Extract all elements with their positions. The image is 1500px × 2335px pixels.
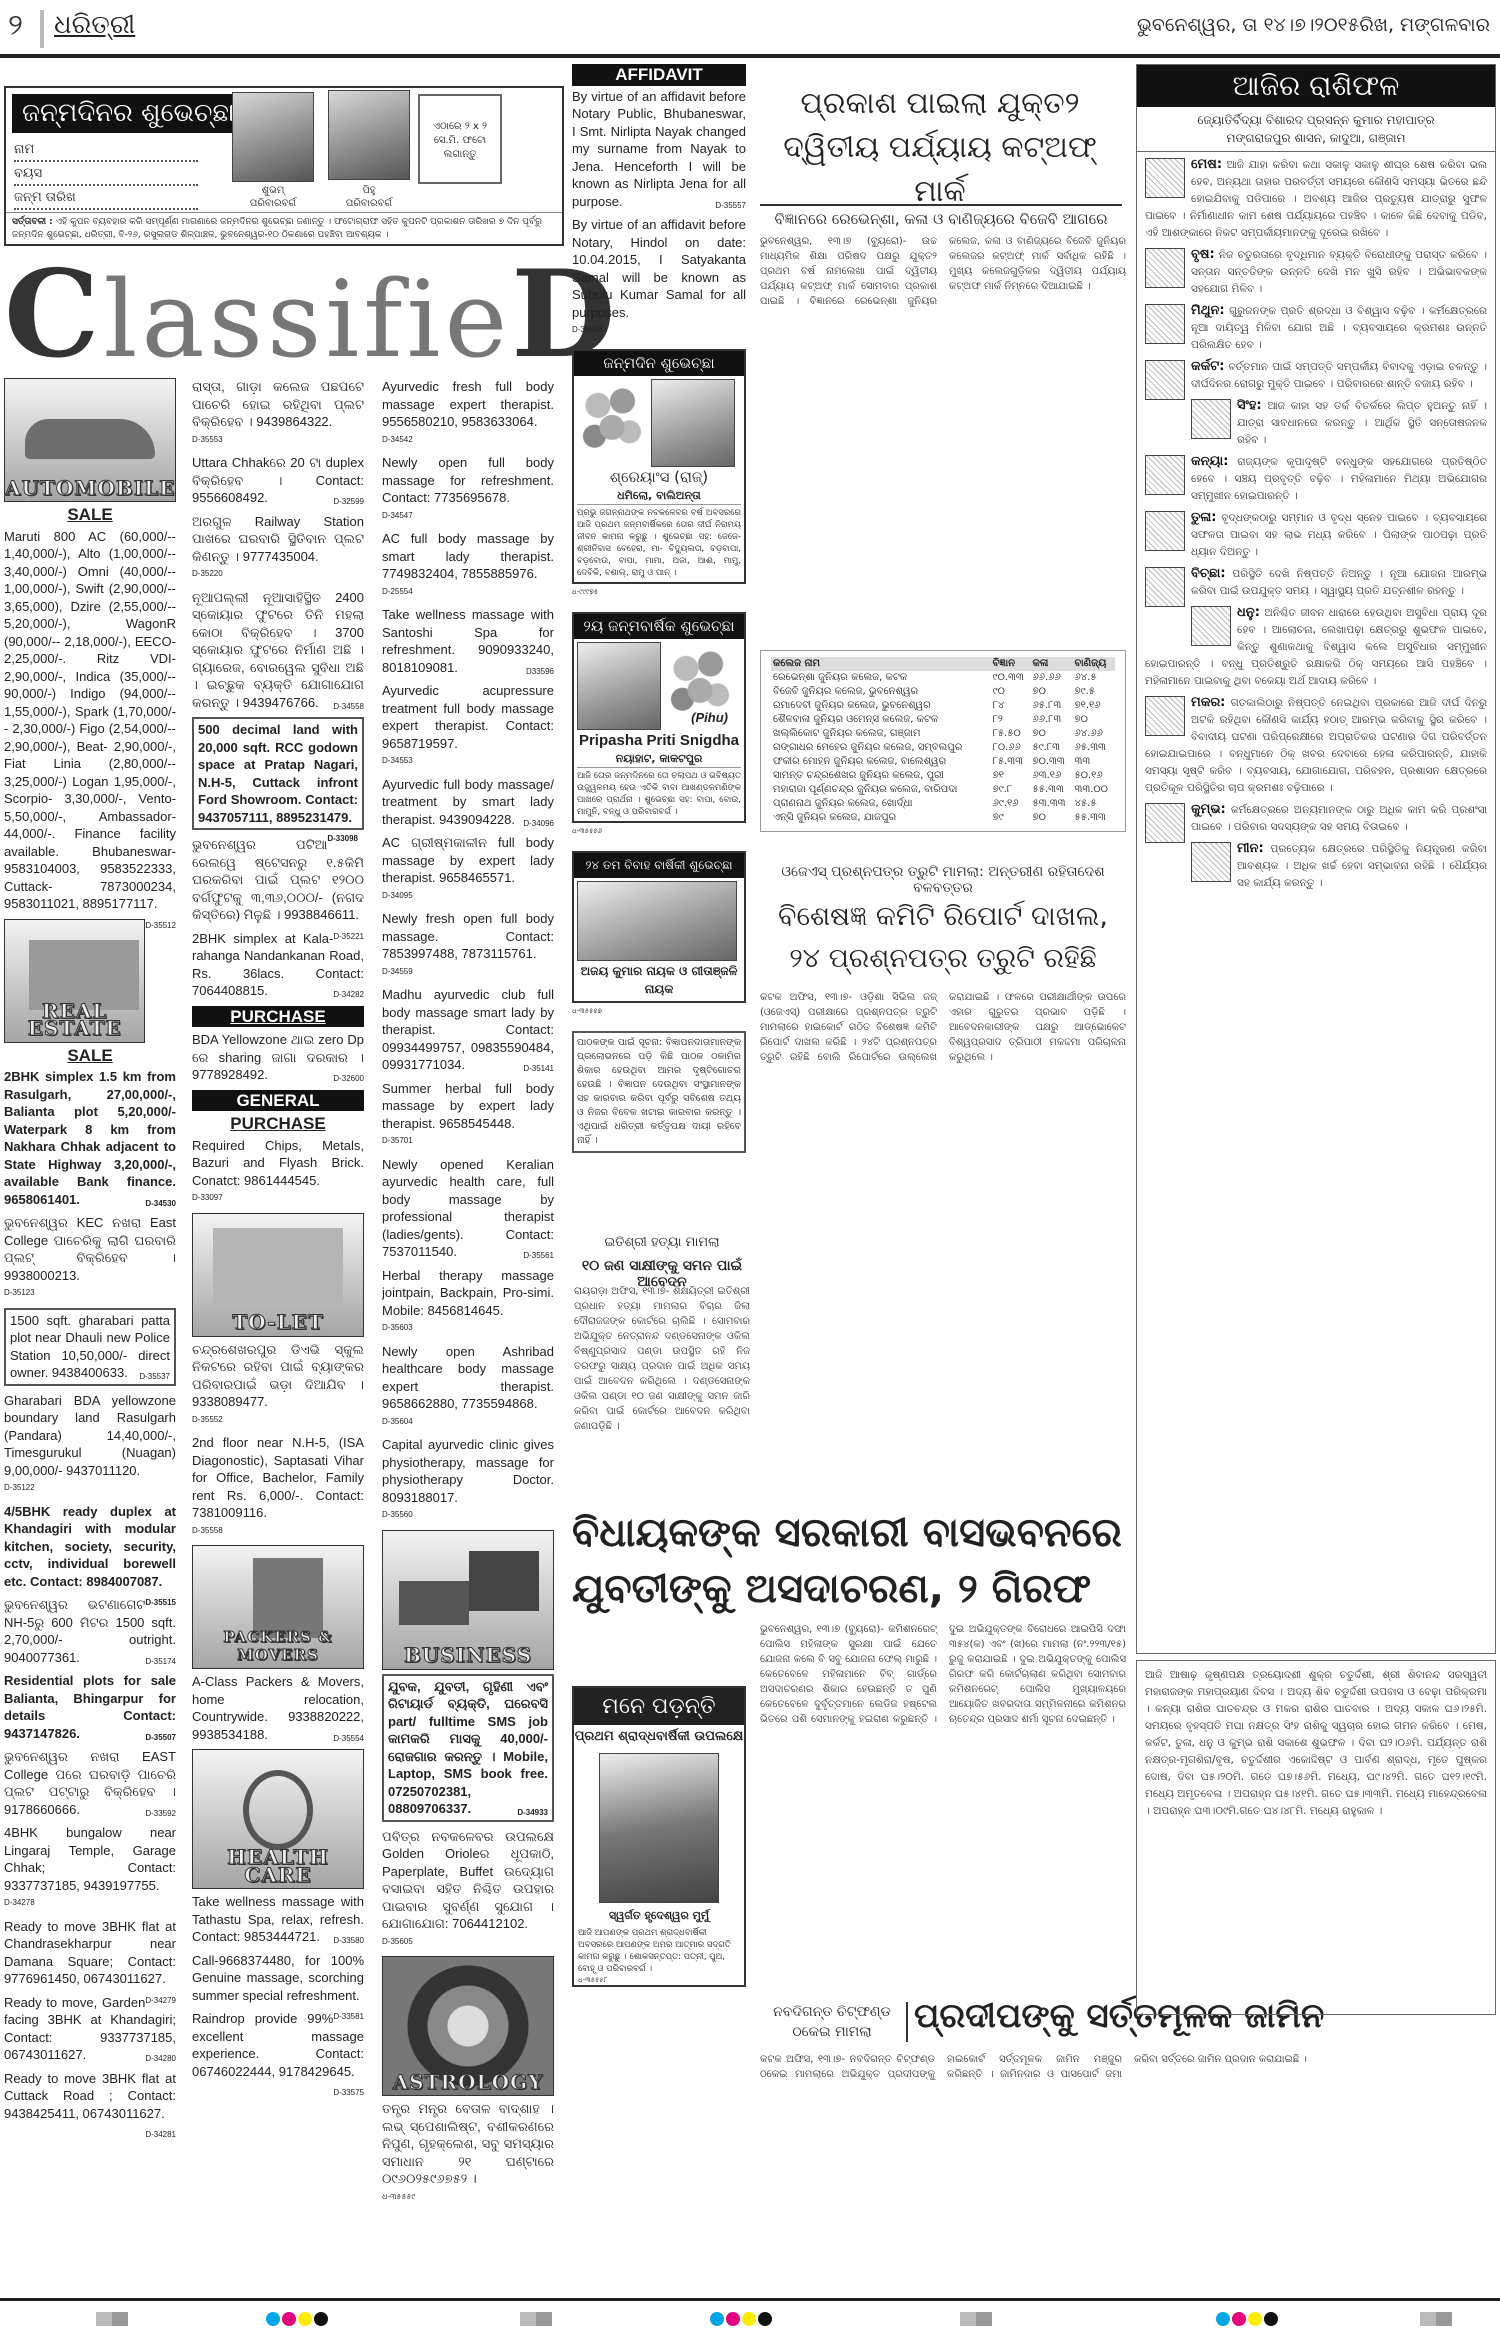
yellow-dot: [742, 2312, 756, 2326]
greeting-title: ୨ୟ ଜନ୍ମବାର୍ଷିକ ଶୁଭେଚ୍ଛା: [574, 614, 744, 640]
classified-ad: Gharabari BDA yellowzone boundary land R…: [4, 1392, 176, 1497]
horoscope-sign: ବୃଷ: ନିଜ ଚତୁରତାରେ ବୃଦ୍ଧିମାନ ବ୍ୟକ୍ତି ବିରୋ…: [1137, 242, 1495, 298]
table-header-row: କଲେଜ ନାମ ବିଜ୍ଞାନ କଳା ବାଣିଜ୍ୟ: [771, 657, 1115, 671]
yellow-dot: [1248, 2312, 1262, 2326]
ad-text: 2nd floor near N.H-5, (ISA Diagonostic),…: [192, 1435, 364, 1520]
classified-ad: Newly open full body massage for refresh…: [382, 454, 554, 524]
sign-name: ବୃଷ:: [1191, 247, 1215, 262]
kid-from-1: ପରିବାରବର୍ଗ: [250, 198, 296, 209]
sign-name: ତୁଳା:: [1191, 510, 1217, 525]
sign-text: ନିଜ ଚତୁରତାରେ ବୃଦ୍ଧିମାନ ବ୍ୟକ୍ତି ବିରୋଧୀଙ୍କ…: [1191, 249, 1487, 295]
sign-text: ବର୍ତ୍ତମାନ ପାଇଁ ସମ୍ପତ୍ତି ସମ୍ପର୍କୀୟ ବିବାଦକ…: [1191, 361, 1487, 390]
scorpio-icon: [1145, 567, 1185, 607]
classified-ad: 1500 sqft. gharabari patta plot near Dha…: [4, 1308, 176, 1386]
coupon-terms: ସର୍ତ୍ତାବଳୀ : ଏହି କୁପନ ବ୍ୟବହାର କରି ସମ୍ପୂର…: [6, 212, 562, 245]
cell: ୫୫.୩୩: [1030, 783, 1072, 797]
cell: ୫୦.୧୬: [1073, 769, 1116, 783]
cell: ୪୫.୫: [1073, 797, 1116, 811]
masthead: ୨ ଧରିତ୍ରୀ ଭୁବନେଶ୍ୱର, ତା ୧୪।୭।୨୦୧୫ରିଖ, ମଙ…: [0, 0, 1500, 56]
gray-registration-mark: [96, 2312, 128, 2326]
cell: ରେଭେନ୍‌ଶା ଜୁନିୟର କଲେଜ, କଟକ: [771, 671, 991, 685]
automobile-label: AUTOMOBILE: [5, 480, 175, 498]
story4-headline: ବିଧାୟକଙ୍କ ସରକାରୀ ବାସଭବନରେ ଯୁବତୀଙ୍କୁ ଅସଦା…: [572, 1505, 1132, 1617]
table-row: ସାମନ୍ତ ଚନ୍ଦ୍ରଶେଖର ଜୁନିୟର କଲେଜ, ପୁରୀ୭୧୬୩.…: [771, 769, 1115, 783]
classified-ad: AC full body massage by smart lady thera…: [382, 530, 554, 600]
aquarius-icon: [1145, 803, 1185, 843]
horoscope-sign: ମକର: ଗତକାଲିଠାରୁ ନିଷ୍ପତ୍ତି ନେଇଥିବା ପ୍ରକାର…: [1137, 690, 1495, 797]
real-estate-label: REAL ESTATE: [5, 1003, 144, 1038]
ad-code: D-35554: [333, 1730, 364, 1748]
table-row: ଖଲ୍ଲିକୋଟ ଜୁନିୟର କଲେଜ, ଗଞ୍ଜାମ୮୫.୫୦୭୦୬୪.୬୬: [771, 727, 1115, 741]
coupon-terms-label: ସର୍ତ୍ତାବଳୀ :: [12, 217, 53, 227]
astrology-label: ASTROLOGY: [383, 2074, 553, 2092]
business-section-image: BUSINESS: [382, 1530, 554, 1670]
birthday-coupon: ଜନ୍ମଦିନର ଶୁଭେଚ୍ଛା ନାମ ବୟସ ଜନ୍ମ ତାରିଖ ଶୁଭ…: [4, 86, 564, 246]
ad-text: ନୂଆପଲ୍ଲୀ ନୂଆସାହିସ୍ଥିତ 2400 ସ୍କୋୟାର ଫୁଟରେ…: [192, 590, 364, 710]
ad-text: AC ଗ୍ରୀଷ୍ମକାଳୀନ full body massage by exp…: [382, 835, 554, 885]
ad-code: D-32599: [333, 493, 364, 511]
libra-icon: [1145, 511, 1185, 551]
classified-banner: ClassifieD: [4, 260, 564, 370]
ad-text: Ayurvedic acupressure treatment full bod…: [382, 683, 554, 751]
classified-ad: Call-9668374480, for 100% Genuine massag…: [192, 1952, 364, 2005]
ad-code: D33596: [526, 663, 554, 681]
ad-code: D-34280: [145, 2050, 176, 2068]
kid-name-2: ପିହୁ: [362, 185, 375, 196]
car-icon: [25, 419, 155, 459]
ad-text: 4BHK bungalow near Lingaraj Temple, Gara…: [4, 1825, 176, 1893]
affidavit-text: By virtue of an affidavit before Notary,…: [572, 217, 746, 320]
sign-name: ସିଂହ:: [1237, 398, 1262, 413]
ad-code: D-35558: [192, 1522, 364, 1540]
affidavit-heading: AFFIDAVIT: [572, 64, 746, 86]
cell: ୭୦: [1030, 685, 1072, 699]
pisces-icon: [1191, 842, 1231, 882]
ad-code: ଧ-୩୫୫୫୬: [572, 823, 746, 841]
ad-text: Newly open full body massage for refresh…: [382, 455, 554, 505]
cyan-dot: [1216, 2312, 1230, 2326]
story5-divider: [906, 2002, 908, 2042]
cell: ୫୯.୮୩: [1030, 741, 1072, 755]
horoscope-sign: ମିଥୁନ: ଗୁରୁଜନଙ୍କ ପ୍ରତି ଶ୍ରଦ୍ଧା ଓ ବିଶ୍ୱାସ…: [1137, 298, 1495, 354]
horoscope-author: ଜ୍ୟୋତିର୍ବିଦ୍ୟା ବିଶାରଦ ପ୍ରସନ୍ନ କୁମାର ମହାପ…: [1137, 107, 1495, 152]
horoscope-sign: କର୍କଟ: ବର୍ତ୍ତମାନ ପାଇଁ ସମ୍ପତ୍ତି ସମ୍ପର୍କୀୟ…: [1137, 354, 1495, 393]
cutoff-table: କଲେଜ ନାମ ବିଜ୍ଞାନ କଳା ବାଣିଜ୍ୟ ରେଭେନ୍‌ଶା ଜ…: [760, 650, 1126, 832]
col-header-arts: କଳା: [1030, 657, 1072, 671]
truck-icon: [253, 1558, 323, 1638]
ad-text: Summer herbal full body massage by exper…: [382, 1081, 554, 1131]
table-row: ଶୈଳବାଳା ଜୁନିୟର ଓମେନ୍ସ କଲେଜ, କଟକ୮୨୬୬.୮୩୭୦: [771, 713, 1115, 727]
coupon-dob-field[interactable]: ଜନ୍ମ ତାରିଖ: [14, 190, 198, 210]
birthday-greeting-2: ୨ୟ ଜନ୍ମବାର୍ଷିକ ଶୁଭେଚ୍ଛା (Pihu) Pripasha …: [572, 612, 746, 824]
classified-ad: 4BHK bungalow near Lingaraj Temple, Gara…: [4, 1824, 176, 1912]
story2-kicker: ଓଜେଏସ୍ ପ୍ରଶ୍ନପତ୍ର ତ୍ରୁଟି ମାମଲା: ଅନ୍ତରୀଣ …: [760, 864, 1126, 896]
classified-ad: Ayurvedic acupressure treatment full bod…: [382, 682, 554, 770]
horoscope-sign: ଧନୁ: ଅନିଶ୍ଚିତ ଜୀବନ ଧାରାରେ ହେଉଥିବା ଅସୁବିଧ…: [1137, 600, 1495, 690]
ad-text: Ayurvedic fresh full body massage expert…: [382, 379, 554, 429]
cmyk-registration-mark: [710, 2312, 772, 2326]
cell: ୬୬.୮୩: [1030, 713, 1072, 727]
greeting-place: ନୟାହାଟ, କାକଟପୁର: [577, 750, 741, 768]
cell: ୫୩.୩୩: [1030, 797, 1072, 811]
ad-code: D-35123: [4, 1284, 176, 1302]
classified-ad: AC ଗ୍ରୀଷ୍ମକାଳୀନ full body massage by exp…: [382, 834, 554, 904]
memorial-subtitle: ପ୍ରଥମ ଶ୍ରାଦ୍ଧବାର୍ଷିକୀ ଉପଲକ୍ଷେ: [574, 1725, 744, 1749]
classified-ad: ତନ୍ତ୍ର ମନ୍ତ୍ର ବେତାଳ ବାଦ୍‌ଶାହ । ଲଭ୍ ସ୍ପେଶ…: [382, 2100, 554, 2205]
cell: ୬୪.୬୬: [1073, 727, 1116, 741]
sign-text: ପ୍ରତ୍ୟେକ କ୍ଷେତ୍ରରେ ପରିସ୍ଥିତିକୁ ନିୟନ୍ତ୍ରଣ…: [1237, 843, 1487, 889]
gray-registration-mark: [960, 2312, 992, 2326]
story2-body: କଟକ ଅଫିସ, ୧୩।୭- ଓଡ଼ିଶା ସିଭିଲ ଜଜ୍ (ଓଜେଏସ୍…: [760, 990, 1126, 1490]
purchase-heading-text: PURCHASE: [230, 1007, 325, 1026]
ad-text: AC full body massage by smart lady thera…: [382, 531, 554, 581]
aries-icon: [1145, 158, 1185, 198]
cell: ୭୦: [1030, 811, 1072, 825]
kid-photo-pihu: [328, 90, 410, 180]
affidavit-notice: By virtue of an affidavit before Notary …: [572, 88, 746, 211]
sign-text: ରାଜ୍ୟଙ୍କ କୃପାଦୃଷ୍ଟି ବନ୍ଧୁଙ୍କ ସହଯୋଗରେ ପ୍ର…: [1191, 456, 1487, 502]
house-icon: [213, 1228, 343, 1304]
sign-name: ମେଷ:: [1191, 157, 1222, 172]
ad-code: D-35220: [192, 565, 364, 583]
ad-code: D-35507: [145, 1729, 176, 1747]
coupon-age-field[interactable]: ବୟସ: [14, 166, 198, 186]
leo-icon: [1191, 399, 1231, 439]
table-row: ରେଭେନ୍‌ଶା ଜୁନିୟର କଲେଜ, କଟକ୯୦.୩୩୬୬.୬୬୬୪.୫: [771, 671, 1115, 685]
ad-text: Newly fresh open full body massage. Cont…: [382, 911, 554, 961]
affidavit-notice: By virtue of an affidavit before Notary,…: [572, 216, 746, 339]
classified-ad: Uttara Chhakରେ 20 ଟା duplex ବିକ୍ରିହେବ । …: [192, 454, 364, 507]
reader-disclaimer: ପାଠକଙ୍କ ପାଇଁ ସୂଚନା: ବିଜ୍ଞାପନଦାତାମାନଙ୍କ ପ…: [572, 1031, 746, 1153]
ad-code: D-34553: [382, 752, 554, 770]
cell: ଏନ୍‌ସି ଜୁନିୟର କଲେଜ, ଯାଜପୁର: [771, 811, 991, 825]
classified-letter-c: C: [4, 244, 104, 385]
cell: ୮୫.୫୦: [991, 727, 1031, 741]
horoscope-box: ଆଜିର ରାଶିଫଳ ଜ୍ୟୋତିର୍ବିଦ୍ୟା ବିଶାରଦ ପ୍ରସନ୍…: [1136, 64, 1496, 1654]
ad-code: D-33097: [192, 1189, 364, 1207]
classified-ad: Ayurvedic fresh full body massage expert…: [382, 378, 554, 448]
ad-code: D-35174: [145, 1653, 176, 1671]
ad-text: Ready to move 3BHK flat at Cuttack Road …: [4, 2071, 176, 2121]
cell: ୭୦: [1030, 727, 1072, 741]
classified-ad: Take wellness massage with Santoshi Spa …: [382, 606, 554, 676]
table-row: ପ୍ରାଣନାଥ ଜୁନିୟର କଲେଜ, ଖୋର୍ଦ୍ଧା୬୯.୧୬୫୩.୩୩…: [771, 797, 1115, 811]
cell: ପ୍ରାଣନାଥ ଜୁନିୟର କଲେଜ, ଖୋର୍ଦ୍ଧା: [771, 797, 991, 811]
real-estate-sale-heading: SALE: [4, 1047, 176, 1065]
ad-code: D-34282: [333, 986, 364, 1004]
memorial-name: ସ୍ୱର୍ଗତ ହୃଦେଶ୍ୱର ମୁର୍ମୁ: [574, 1907, 744, 1925]
virgo-icon: [1145, 455, 1185, 495]
classified-ad: Madhu ayurvedic club full body massage s…: [382, 986, 554, 1074]
ad-text: Call-9668374480, for 100% Genuine massag…: [192, 1953, 364, 2003]
automobile-sale-heading: SALE: [4, 506, 176, 524]
sign-name: ମିଥୁନ:: [1191, 303, 1225, 318]
classified-ad: Required Chips, Metals, Bazuri and Flyas…: [192, 1137, 364, 1207]
ad-code: D-33592: [145, 1805, 176, 1823]
cell: ୮୫.୩୩: [991, 755, 1031, 769]
cell: ଫକୀର ମୋହନ ଜୁନିୟର କଲେଜ, ବାଲେଶ୍ୱର: [771, 755, 991, 769]
story3-body: ରାୟଗଡ଼ା ଅଫିସ, ୧୩।୭- ଶିକ୍ଷୟିତ୍ରୀ ଇତିଶ୍ରୀ …: [574, 1284, 750, 1494]
classified-ad: ଅରଗୁଳ Railway Station ପାଖରେ ଘରବାରି ସ୍ଥିତ…: [192, 513, 364, 583]
magenta-dot: [282, 2312, 296, 2326]
ad-text: Gharabari BDA yellowzone boundary land R…: [4, 1393, 176, 1478]
ad-text: ଭୁବନେଶ୍ୱର KEC ନଖରା East College ପାଚେରିକୁ…: [4, 1215, 176, 1283]
ad-text: 500 decimal land with 20,000 sqft. RCC g…: [198, 722, 358, 825]
ad-code: D-25554: [382, 583, 554, 601]
black-dot: [758, 2312, 772, 2326]
cell: ୬୩.୧୬: [1030, 769, 1072, 783]
ad-code: D-35122: [4, 1479, 176, 1497]
ad-code: D-35537: [139, 1368, 170, 1386]
classified-ad: ନୂଆପଲ୍ଲୀ ନୂଆସାହିସ୍ଥିତ 2400 ସ୍କୋୟାର ଫୁଟରେ…: [192, 589, 364, 712]
ad-code: D-35515: [145, 1594, 176, 1612]
col-header-commerce: ବାଣିଜ୍ୟ: [1073, 657, 1116, 671]
cell: ୭୦.୩୩: [1030, 755, 1072, 769]
ad-code: D-34547: [382, 507, 554, 525]
cell: ୮୦.୬୬: [991, 741, 1031, 755]
sign-name: କନ୍ୟା:: [1191, 454, 1228, 469]
classified-ad: Take wellness massage with Tathastu Spa,…: [192, 1893, 364, 1946]
cell: ୯୦.୩୩: [991, 671, 1031, 685]
classified-ad: ଭୁବନେଶ୍ୱର KEC ନଖରା East College ପାଚେରିକୁ…: [4, 1214, 176, 1302]
memorial-message: ଆଜି ଆପଣଙ୍କ ପ୍ରଥମ ଶ୍ରାଦ୍ଧବାର୍ଷିକୀ ଅବସରରେ …: [574, 1925, 744, 1977]
author-name: ଜ୍ୟୋତିର୍ବିଦ୍ୟା ବିଶାରଦ ପ୍ରସନ୍ନ କୁମାର ମହାପ…: [1197, 113, 1434, 127]
black-dot: [1264, 2312, 1278, 2326]
cell: ୬୫.୮୩: [1030, 699, 1072, 713]
cell: ୭୯.୮: [991, 783, 1031, 797]
sign-name: ଧନୁ:: [1237, 605, 1260, 620]
ad-code: D-35605: [382, 1933, 554, 1951]
story5-kicker: ନବଦିଗନ୍ତ ଚିଟ୍‌ଫଣ୍ଡ ଠକେଇ ମାମଲା: [762, 2002, 902, 2042]
paper-name: ଧରିତ୍ରୀ: [54, 10, 135, 41]
automobile-section-image: AUTOMOBILE: [4, 378, 176, 502]
horoscope-sign: ମୀନ: ପ୍ରତ୍ୟେକ କ୍ଷେତ୍ରରେ ପରିସ୍ଥିତିକୁ ନିୟନ…: [1137, 836, 1495, 892]
cell: ୫୫.୩୩: [1073, 811, 1116, 825]
classified-ad: Herbal therapy massage jointpain, Backpa…: [382, 1267, 554, 1337]
business-label: BUSINESS: [383, 1647, 553, 1665]
ad-code: ଧ-୩୫୫୫୮: [574, 1977, 744, 1985]
classified-ad: 2nd floor near N.H-5, (ISA Diagonostic),…: [192, 1434, 364, 1539]
classified-ad: A-Class Packers & Movers, home relocatio…: [192, 1673, 364, 1743]
table-row: ମହାରାଜା ପୂର୍ଣ୍ଣଚନ୍ଦ୍ର ଜୁନିୟର କଲେଜ, ବାରିପ…: [771, 783, 1115, 797]
kid-name-1: ଶୁଭମ୍: [262, 185, 285, 196]
classified-ad: BDA Yellowzone ଥାଇ zero Dp ରେ sharing ଜା…: [192, 1031, 364, 1084]
horoscope-sign: ବିଚ୍ଛା: ପରିସ୍ଥିତି ଦେଖି ନିଷ୍ପତ୍ତି ନିଅନ୍ତୁ…: [1137, 561, 1495, 600]
cmyk-registration-mark: [266, 2312, 328, 2326]
horoscope-title: ଆଜିର ରାଶିଫଳ: [1137, 65, 1495, 107]
cell: ୭୧.୧୬: [1073, 699, 1116, 713]
classified-ad: Newly fresh open full body massage. Cont…: [382, 910, 554, 980]
cell: ୩୩.୦୦: [1073, 783, 1116, 797]
ad-code: D-35552: [192, 1411, 364, 1429]
stethoscope-icon: [243, 1770, 313, 1850]
ad-code: D-35563: [572, 321, 746, 339]
col-header-science: ବିଜ୍ଞାନ: [991, 657, 1031, 671]
greeting-name: Pripasha Priti Snigdha: [577, 732, 741, 750]
author-place: ମଙ୍ଗରାଜପୁର ଶାସନ, କାଦୁଆ, ଗଞ୍ଜାମ: [1226, 131, 1405, 145]
memorial-title: ମନେ ପଡ଼ନ୍ତି: [574, 1688, 744, 1725]
table-row: ରମାଦେବୀ ଜୁନିୟର କଲେଜ, ଭୁବନେଶ୍ୱର୮୪୬୫.୮୩୭୧.…: [771, 699, 1115, 713]
cell: ୮୪: [991, 699, 1031, 713]
classified-ad: ଯୁବକ, ଯୁବତୀ, ଗୃହିଣୀ ଏବଂ ରିଟାୟାର୍ଡ ବ୍ୟକ୍ତ…: [382, 1674, 554, 1822]
general-purchase-heading: PURCHASE: [192, 1115, 364, 1133]
greeting-message: ଆଜି ତୋର ଜନ୍ମଦିନରେ ତୋ ଚଲାପଥ ଓ ଭବିଷ୍ୟତ ଉଜ୍…: [577, 767, 741, 818]
ad-code: D-35701: [382, 1132, 554, 1150]
horoscope-sign: କନ୍ୟା: ରାଜ୍ୟଙ୍କ କୃପାଦୃଷ୍ଟି ବନ୍ଧୁଙ୍କ ସହଯୋ…: [1137, 449, 1495, 505]
classified-ad: Ready to move 3BHK flat at Cuttack Road …: [4, 2070, 176, 2123]
classified-column-1: AUTOMOBILE SALE Maruti 800 AC (60,000/--…: [4, 378, 176, 2144]
ad-code: D-32600: [333, 1070, 364, 1088]
classified-column-2: ରାସ୍ତା, ଗାଡ଼ା କଲେଜ ପଛପଟେ ପାଚେରି ହୋଇ ରହିଥ…: [192, 378, 364, 2102]
classified-ad: Summer herbal full body massage by exper…: [382, 1080, 554, 1150]
greeting-photo: [651, 379, 735, 467]
yellow-dot: [298, 2312, 312, 2326]
sagittarius-icon: [1191, 606, 1231, 646]
cell: ଶୈଳବାଳା ଜୁନିୟର ଓମେନ୍ସ କଲେଜ, କଟକ: [771, 713, 991, 727]
ad-text: Ready to move 3BHK flat at Chandrasekhar…: [4, 1919, 176, 1987]
ad-text: Required Chips, Metals, Bazuri and Flyas…: [192, 1138, 364, 1188]
cell: ଖଲ୍ଲିକୋଟ ଜୁନିୟର କଲେଜ, ଗଞ୍ଜାମ: [771, 727, 991, 741]
table-row: ବିଜେବି ଜୁନିୟର କଲେଜ, ଭୁବନେଶ୍ୱର୯୦୭୦୭୯.୫: [771, 685, 1115, 699]
dateline: ଭୁବନେଶ୍ୱର, ତା ୧୪।୭।୨୦୧୫ରିଖ, ମଙ୍ଗଳବାର: [1137, 14, 1490, 36]
balloons-icon: [577, 379, 647, 467]
ad-code: ଧ-୩୫୫୫୯: [382, 2188, 554, 2206]
ad-code: D-34542: [382, 431, 554, 449]
classified-ad: Residential plots for sale Balianta, Bhi…: [4, 1672, 176, 1742]
ad-code: D-34096: [523, 815, 554, 833]
gray-registration-mark: [520, 2312, 552, 2326]
ad-text: Newly open Ashribad healthcare body mass…: [382, 1344, 554, 1412]
purchase-heading: PURCHASE: [192, 1006, 364, 1028]
greeting-title: ୨୪ ତମ ବିବାହ ବାର୍ଷିକୀ ଶୁଭେଚ୍ଛା: [574, 853, 744, 879]
story5-body: କଟକ ଅଫିସ, ୧୩।୭- ନବଦିଗନ୍ତ ଚିଟ୍‌ଫଣ୍ଡ ଠକେଇ …: [760, 2052, 1496, 2292]
ad-text: Newly opened Keralian ayurvedic health c…: [382, 1157, 554, 1260]
bottom-rule: [0, 2298, 1500, 2301]
cell: ୯୦: [991, 685, 1031, 699]
ad-text: ରାସ୍ତା, ଗାଡ଼ା କଲେଜ ପଛପଟେ ପାଚେରି ହୋଇ ରହିଥ…: [192, 379, 364, 429]
ad-code: D-35512: [145, 917, 176, 935]
ad-code: D-35603: [382, 1319, 554, 1337]
story1-headline: ପ୍ରକାଶ ପାଇଲା ଯୁକ୍ତ୨ ଦ୍ୱିତୀୟ ପର୍ଯ୍ୟାୟ କଟ୍…: [760, 82, 1120, 214]
ad-code: D-33581: [333, 2008, 364, 2026]
cyan-dot: [266, 2312, 280, 2326]
memorial-photo: [599, 1753, 719, 1903]
story1-body: ଭୁବନେଶ୍ୱର, ୧୩।୭ (ବ୍ୟୁରୋ)- ଉଚ୍ଚ ମାଧ୍ୟମିକ …: [760, 234, 1126, 644]
classified-ad: ପବିତ୍ର ନବକଳେବର ଉପଲକ୍ଷେ Golden Orioleର ଧୂ…: [382, 1828, 554, 1951]
classified-ad: ଭୁବନେଶ୍ୱର ନଖରା EAST College ପରେ ଘରବାଡ଼ି …: [4, 1748, 176, 1818]
story3-kicker: ଇତିଶ୍ରୀ ହତ୍ୟା ମାମଲା: [574, 1235, 750, 1250]
ad-code: D-34281: [145, 2126, 176, 2144]
headline-rule: [760, 204, 1122, 206]
classified-ad: 500 decimal land with 20,000 sqft. RCC g…: [192, 717, 364, 830]
horoscope-sign: ସିଂହ: ଆଜ କାହା ସହ ତର୍କ ବିତର୍କରେ ଲିପ୍ତ ହୁଅ…: [1137, 393, 1495, 449]
ad-code: D-33098: [327, 830, 358, 848]
ad-code: D-35553: [192, 431, 364, 449]
classified-ad: Ready to move 3BHK flat at Chandrasekhar…: [4, 1918, 176, 1988]
kid-caption-1: ଶୁଭମ୍ପରିବାରବର୍ଗ: [228, 184, 318, 210]
greeting-name: ଅଜୟ କୁମାର ନାୟକ ଓ ଗୀତାଞ୍ଜଳି ନାୟକ: [577, 963, 741, 998]
ad-code: D-33580: [333, 1932, 364, 1950]
classified-ad: ଭୁବନେଶ୍ୱର ପଟିଆ ରେଲୱେ ଷ୍ଟେସନରୁ ୧.୫କିମି ଘର…: [192, 836, 364, 924]
to-let-section-image: TO-LET: [192, 1213, 364, 1337]
ad-code: ଧ-୩୫୫୫୭: [572, 1003, 746, 1021]
story4-body: ଭୁବନେଶ୍ୱର, ୧୩।୭ (ବ୍ୟୁରୋ)- କମିଶନରେଟ୍ ପୋଲି…: [760, 1622, 1126, 1982]
ad-code: D-35221: [333, 928, 364, 946]
col-header-college: କଲେଜ ନାମ: [771, 657, 991, 671]
greeting-photo: [577, 642, 661, 730]
ad-code: D-34933: [517, 1804, 548, 1822]
classified-ad: Newly opened Keralian ayurvedic health c…: [382, 1156, 554, 1261]
sign-name: ମକର:: [1191, 695, 1225, 710]
classified-word: lassifie: [104, 258, 512, 381]
ad-code: ଧ-୯୯୯୭୫: [572, 584, 746, 602]
ad-code: D-34095: [382, 887, 554, 905]
photo-slot: ଏଠାରେ ୨ x ୨ ସେ.ମି. ଫଟୋ ଲଗାନ୍ତୁ: [418, 94, 502, 184]
black-dot: [314, 2312, 328, 2326]
cell: ୩୩: [1073, 755, 1116, 769]
laptop-icon: [399, 1581, 469, 1625]
classified-ad: Newly open Ashribad healthcare body mass…: [382, 1343, 554, 1431]
horoscope-sign: ମେଷ: ଆଜି ଯାହା କରିବା କଥା ସକାଳୁ ସକାଳୁ ଶୀଘ୍…: [1137, 152, 1495, 242]
cell: ୬୫.୩୩: [1073, 741, 1116, 755]
classified-ad: Maruti 800 AC (60,000/-- 1,40,000/-), Al…: [4, 528, 176, 913]
ad-text: ତନ୍ତ୍ର ମନ୍ତ୍ର ବେତାଳ ବାଦ୍‌ଶାହ । ଲଭ୍ ସ୍ପେଶ…: [382, 2101, 554, 2186]
couple-photo: [577, 881, 737, 961]
affidavit-column: AFFIDAVIT By virtue of an affidavit befo…: [572, 64, 746, 1153]
kid-photo-shubham: [232, 92, 314, 182]
table-row: ଏନ୍‌ସି ଜୁନିୟର କଲେଜ, ଯାଜପୁର୭୯୭୦୫୫.୩୩: [771, 811, 1115, 825]
to-let-label: TO-LET: [193, 1314, 363, 1332]
ad-code: D-35557: [715, 197, 746, 215]
coupon-name-field[interactable]: ନାମ: [14, 142, 198, 162]
cell: ୭୧: [991, 769, 1031, 783]
horoscope-sign: ତୁଳା: ବୃଦ୍ଧଙ୍କଠାରୁ ସମ୍ମାନ ଓ ବୃଦ୍ଧ ସ୍ନେହ …: [1137, 505, 1495, 561]
ad-text: ଭୁବନେଶ୍ୱର ପଟିଆ ରେଲୱେ ଷ୍ଟେସନରୁ ୧.୫କିମି ଘର…: [192, 837, 364, 922]
page-number: ୨: [8, 8, 23, 43]
masthead-divider: [40, 10, 44, 48]
gray-registration-mark: [1420, 2312, 1452, 2326]
kid-caption-2: ପିହୁପରିବାରବର୍ଗ: [324, 184, 414, 210]
greeting-nickname: (Pihu): [691, 709, 728, 727]
ad-text: 4/5BHK ready duplex at Khandagiri with m…: [4, 1504, 176, 1589]
cell: ମହାରାଜା ପୂର୍ଣ୍ଣଚନ୍ଦ୍ର ଜୁନିୟର କଲେଜ, ବାରିପ…: [771, 783, 991, 797]
ad-code: D-35561: [523, 1247, 554, 1265]
sign-text: ଗତକାଲିଠାରୁ ନିଷ୍ପତ୍ତି ନେଇଥିବା ପ୍ରକାରେ ଆଜି…: [1145, 697, 1487, 794]
classified-column-3: Ayurvedic fresh full body massage expert…: [382, 378, 554, 2211]
sign-text: ପରିସ୍ଥିତି ଦେଖି ନିଷ୍ପତ୍ତି ନିଅନ୍ତୁ । ନୂଆ ଯ…: [1191, 568, 1487, 597]
kid-from-2: ପରିବାରବର୍ଗ: [346, 198, 392, 209]
cell: ସାମନ୍ତ ଚନ୍ଦ୍ରଶେଖର ଜୁନିୟର କଲେଜ, ପୁରୀ: [771, 769, 991, 783]
cell: ୬୯.୧୬: [991, 797, 1031, 811]
ad-text: Herbal therapy massage jointpain, Backpa…: [382, 1268, 554, 1318]
ad-text: ଅରଗୁଳ Railway Station ପାଖରେ ଘରବାରି ସ୍ଥିତ…: [192, 514, 364, 564]
memorial-notice: ମନେ ପଡ଼ନ୍ତି ପ୍ରଥମ ଶ୍ରାଦ୍ଧବାର୍ଷିକୀ ଉପଲକ୍ଷ…: [572, 1686, 746, 1987]
packers-movers-label: PACKERS & MOVERS: [193, 1629, 363, 1664]
greeting-title: ଜନ୍ମଦିନ ଶୁଭେଚ୍ଛା: [574, 351, 744, 377]
ad-text: Capital ayurvedic clinic gives physiothe…: [382, 1437, 554, 1505]
story2-headline: ବିଶେଷଜ୍ଞ କମିଟି ରିପୋର୍ଟ ଦାଖଲ, ୨୪ ପ୍ରଶ୍ନପତ…: [760, 896, 1126, 980]
classified-ad: ଚନ୍ଦ୍ରଶେଖରପୁର ଡିଏଭି ସ୍କୁଲ ନିକଟରେ ରହିବା ପ…: [192, 1341, 364, 1429]
astrology-section-image: ASTROLOGY: [382, 1956, 554, 2096]
general-heading: GENERAL: [192, 1090, 364, 1112]
ad-text: Maruti 800 AC (60,000/-- 1,40,000/-), Al…: [4, 529, 176, 912]
sign-name: କର୍କଟ:: [1191, 359, 1224, 374]
coupon-title: ଜନ୍ମଦିନର ଶୁଭେଚ୍ଛା: [12, 94, 245, 133]
classified-ad: Capital ayurvedic clinic gives physiothe…: [382, 1436, 554, 1524]
cell: ୬୬.୬୬: [1030, 671, 1072, 685]
sign-name: ମୀନ:: [1237, 841, 1264, 856]
classified-ad: ରାସ୍ତା, ଗାଡ଼ା କଲେଜ ପଛପଟେ ପାଚେରି ହୋଇ ରହିଥ…: [192, 378, 364, 448]
